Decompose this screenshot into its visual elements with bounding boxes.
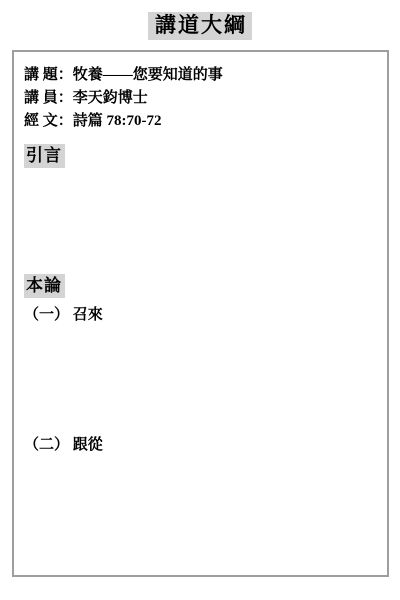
page-title-container: 講道大綱 <box>0 12 400 40</box>
section-main: 本論 <box>24 274 377 298</box>
main-heading: 本論 <box>24 274 65 298</box>
page-title: 講道大綱 <box>148 12 252 40</box>
section-introduction: 引言 <box>24 144 377 168</box>
introduction-heading: 引言 <box>24 144 65 168</box>
sermon-outline-page: 講道大綱 講 題：牧養——您要知道的事 講 員：李天鈞博士 經 文：詩篇 78:… <box>0 0 400 600</box>
outline-point-follow: （二） 跟從 <box>24 434 377 456</box>
outline-point-called: （一） 召來 <box>24 304 377 326</box>
outline-box: 講 題：牧養——您要知道的事 講 員：李天鈞博士 經 文：詩篇 78:70-72… <box>12 50 389 577</box>
speaker-line: 講 員：李天鈞博士 <box>24 87 377 110</box>
topic-line: 講 題：牧養——您要知道的事 <box>24 64 377 87</box>
scripture-line: 經 文：詩篇 78:70-72 <box>24 110 377 133</box>
